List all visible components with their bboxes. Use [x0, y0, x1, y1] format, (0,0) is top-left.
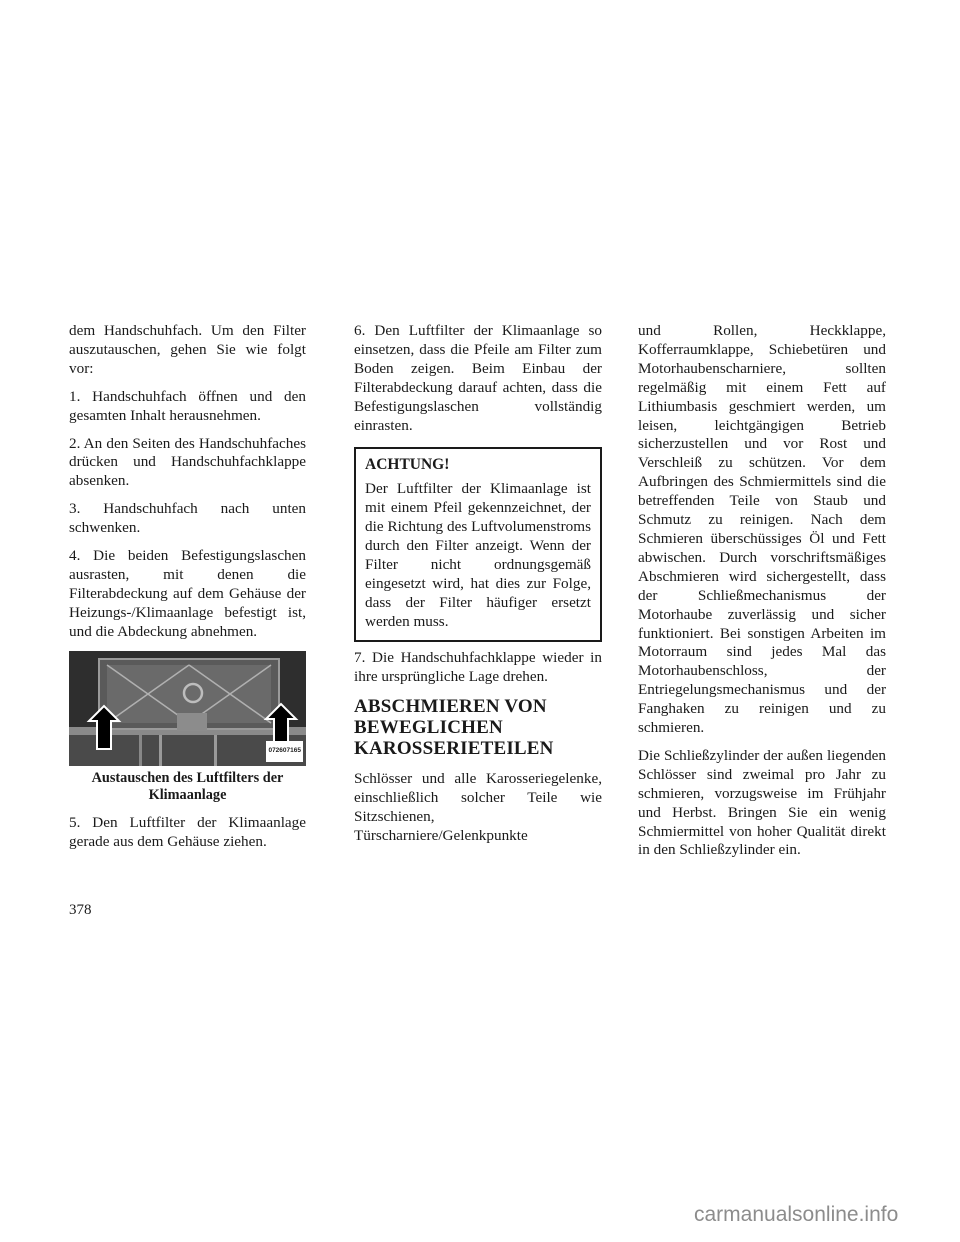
figure-caption: Austauschen des Luftfilters der Klimaanl… [69, 770, 306, 804]
step-1: 1. Handschuhfach öffnen und den gesamten… [69, 388, 306, 426]
column-3: und Rollen, Heckklappe, Kofferraumklappe… [638, 322, 886, 869]
air-filter-figure: 072607165 [69, 651, 306, 766]
step-4: 4. Die beiden Befestigungslaschen ausras… [69, 547, 306, 642]
section-heading: ABSCHMIEREN VON BEWEGLICHEN KAROSSERIETE… [354, 696, 602, 759]
intro-text: dem Handschuhfach. Um den Filter auszuta… [69, 322, 306, 379]
step-2: 2. An den Seiten des Handschuhfaches drü… [69, 435, 306, 492]
page-number: 378 [69, 902, 92, 919]
step-7: 7. Die Handschuhfachklappe wieder in ihr… [354, 649, 602, 687]
step-3: 3. Handschuhfach nach unten schwenken. [69, 500, 306, 538]
lubrication-paragraph-2: Die Schließzylinder der außen liegenden … [638, 747, 886, 860]
watermark-link[interactable]: carmanualsonline.info [694, 1203, 898, 1227]
column-2: 6. Den Luftfilter der Klimaanlage so ein… [354, 322, 602, 855]
column-1: dem Handschuhfach. Um den Filter auszuta… [69, 322, 306, 860]
lubrication-paragraph-1: und Rollen, Heckklappe, Kofferraumklappe… [638, 322, 886, 738]
step-5: 5. Den Luftfilter der Klimaanlage gerade… [69, 814, 306, 852]
warning-title: ACHTUNG! [365, 456, 591, 475]
figure-code: 072607165 [266, 741, 303, 762]
warning-box: ACHTUNG! Der Luftfilter der Klimaanlage … [354, 447, 602, 641]
section-body: Schlösser und alle Karosseriegelenke, ei… [354, 770, 602, 846]
step-6: 6. Den Luftfilter der Klimaanlage so ein… [354, 322, 602, 435]
warning-text: Der Luftfilter der Klimaanlage ist mit e… [365, 480, 591, 631]
